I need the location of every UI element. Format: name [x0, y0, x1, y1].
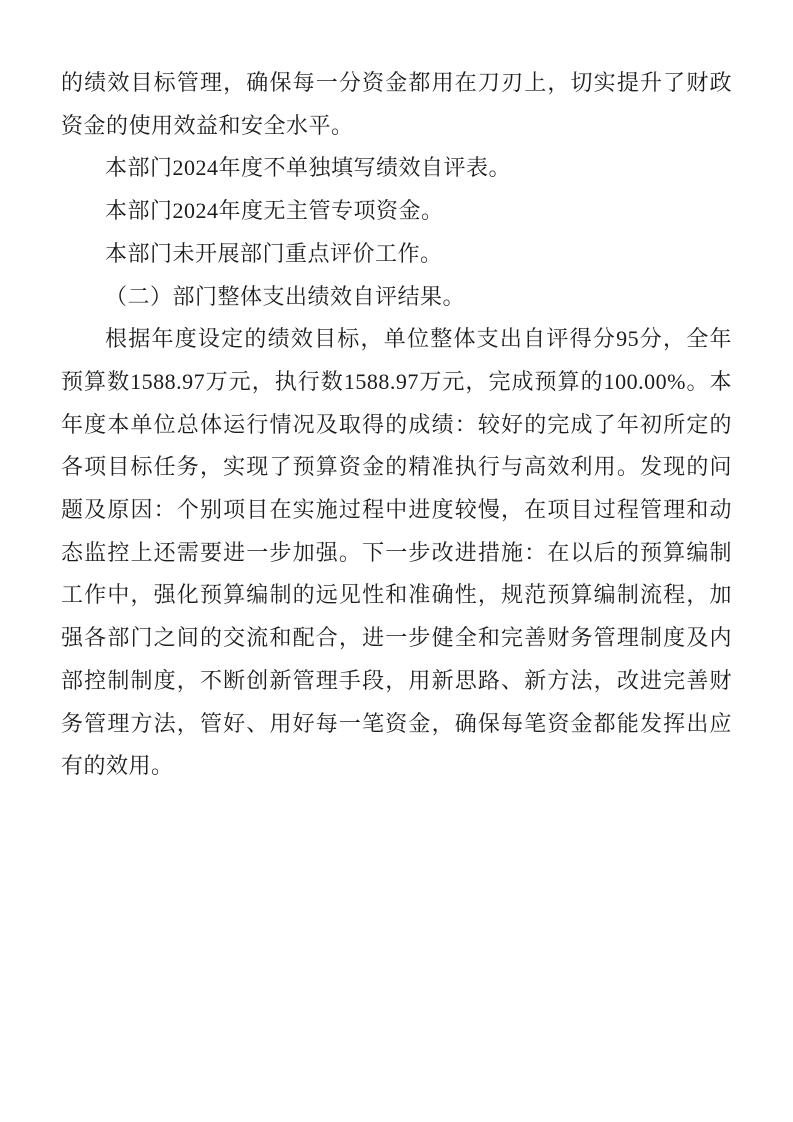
- paragraph: 的绩效目标管理，确保每一分资金都用在刀刃上，切实提升了财政资金的使用效益和安全水…: [61, 62, 732, 147]
- paragraph: 根据年度设定的绩效目标，单位整体支出自评得分95分，全年预算数1588.97万元…: [61, 318, 732, 788]
- paragraph: 本部门未开展部门重点评价工作。: [61, 233, 732, 276]
- paragraph: 本部门2024年度无主管专项资金。: [61, 190, 732, 233]
- document-body: 的绩效目标管理，确保每一分资金都用在刀刃上，切实提升了财政资金的使用效益和安全水…: [61, 62, 732, 788]
- document-page: 的绩效目标管理，确保每一分资金都用在刀刃上，切实提升了财政资金的使用效益和安全水…: [0, 0, 793, 1122]
- paragraph: （二）部门整体支出绩效自评结果。: [61, 276, 732, 319]
- paragraph: 本部门2024年度不单独填写绩效自评表。: [61, 147, 732, 190]
